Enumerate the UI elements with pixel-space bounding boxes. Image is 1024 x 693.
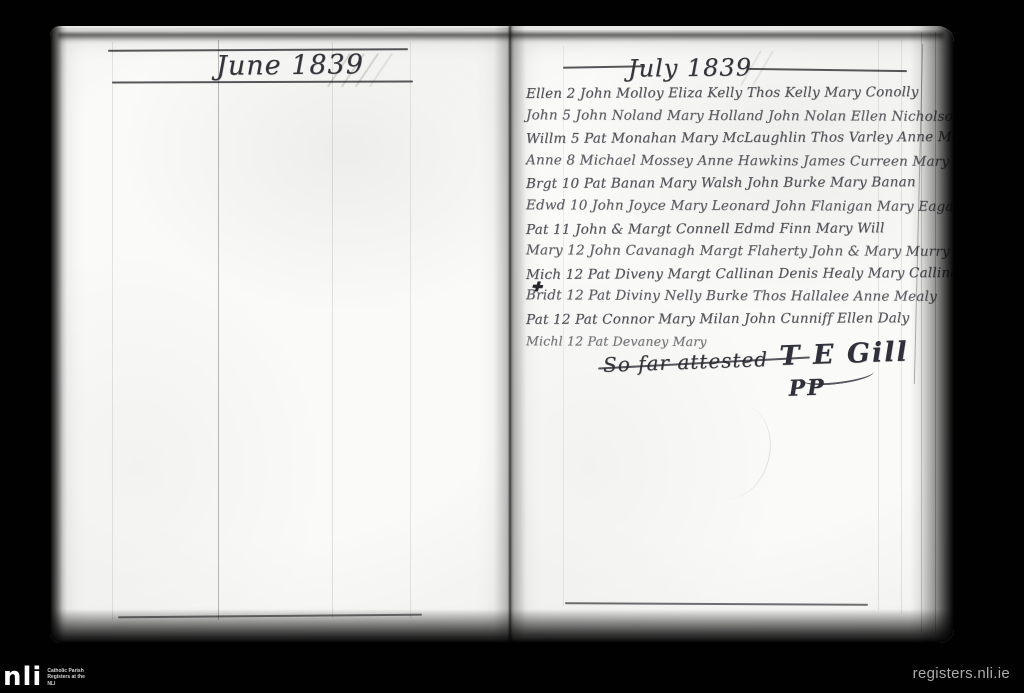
baptism-entry: Edwd 10 John Joyce Mary Leonard John Fla… [526,194,940,218]
baptism-entry: Anne 8 Michael Mossey Anne Hawkins James… [526,149,940,173]
column-line [332,42,333,618]
baptism-entry: Pat 12 Pat Connor Mary Milan John Cunnif… [526,307,940,331]
page-gutter-fold [509,26,511,643]
bottom-vignette [50,609,954,643]
cross-mark: ✚ [531,280,543,296]
column-line [410,42,411,618]
nli-logo: nli Catholic Parish Registers at the NLI [3,666,91,689]
column-line [112,42,113,620]
book-right-edge [910,26,954,643]
column-line [218,40,219,620]
register-scan: June 1839 July 1839 Ellen 2 John Molloy … [50,26,954,643]
baptism-entry: Brgt 10 Pat Banan Mary Walsh John Burke … [526,171,940,195]
baptism-entry: Pat 11 John & Margt Connell Edmd Finn Ma… [526,217,940,241]
baptism-entry: John 5 John Noland Mary Holland John Nol… [526,104,940,128]
baptism-entry: Willm 5 Pat Monahan Mary McLaughlin Thos… [526,126,940,150]
baptism-entry: Ellen 2 John Molloy Eliza Kelly Thos Kel… [526,81,940,105]
left-page [54,28,510,638]
right-page-month-title: July 1839 [610,53,770,83]
nli-logo-mark: nli [3,666,42,689]
site-watermark: registers.nli.ie [913,665,1010,682]
book-left-edge [50,26,67,643]
baptism-entry: Mich 12 Pat Diveny Margt Callinan Denis … [526,262,940,286]
left-page-month-title: June 1839 [140,48,440,82]
nli-logo-caption: Catholic Parish Registers at the NLI [47,668,91,688]
baptism-entry: Mary 12 John Cavanagh Margt Flaherty Joh… [526,239,940,263]
baptism-entries: Ellen 2 John Molloy Eliza Kelly Thos Kel… [526,82,940,353]
baptism-entry: Bridt 12 Pat Diviny Nelly Burke Thos Hal… [526,285,940,309]
